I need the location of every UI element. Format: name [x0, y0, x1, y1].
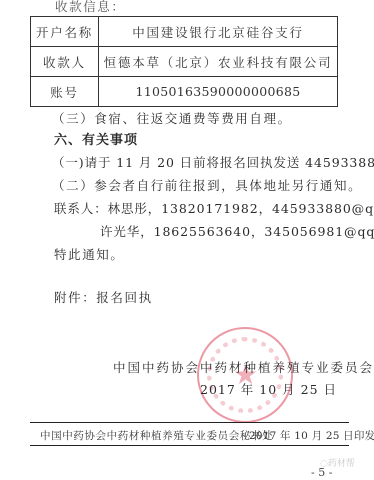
section-six-title: 六、有关事项: [54, 133, 138, 149]
signature-organization: 中国中药协会中药材种植养殖专业委员会: [113, 360, 374, 376]
payee-value: 恒德本草（北京）农业科技有限公司: [99, 47, 338, 77]
account-name-label: 开户名称: [31, 17, 99, 47]
section-six-item-2: （二）参会者自行前往报到，具体地址另行通知。: [52, 178, 362, 194]
page-number: - 5 -: [311, 466, 332, 479]
section-six-item-1: （一)请于 11 月 20 日前将报名回执发送 445933880@qq.com…: [52, 155, 374, 171]
item-three-text: （三）食宿、往返交通费等费用自理。: [52, 111, 292, 127]
table-row: 开户名称 中国建设银行北京硅谷支行: [31, 17, 338, 47]
account-name-value: 中国建设银行北京硅谷支行: [99, 17, 338, 47]
account-number-value: 11050163590000000685: [99, 77, 338, 107]
attachment-text: 附件：报名回执: [54, 290, 153, 306]
table-row: 账号 11050163590000000685: [31, 77, 338, 107]
contact-row-1: 联系人：林思彤，13820171982，445933880@qq.com;: [54, 201, 374, 217]
contact-1: 林思彤，13820171982，445933880@qq.com;: [108, 201, 374, 216]
footer-issuer: 中国中药协会中药材种植养殖专业委员会秘书处: [40, 428, 273, 443]
signature-date: 2017 年 10 月 25 日: [200, 382, 337, 398]
contact-2: 许光华，18625563640，345056981@qq.com;: [100, 224, 374, 240]
payment-info-heading: 收款信息：: [55, 0, 126, 15]
footer-issue-date: 2017 年 10 月 25 日印发: [249, 428, 374, 443]
payment-info-table: 开户名称 中国建设银行北京硅谷支行 收款人 恒德本草（北京）农业科技有限公司 账…: [30, 16, 338, 107]
account-number-label: 账号: [31, 77, 99, 107]
payee-label: 收款人: [31, 47, 99, 77]
closing-text: 特此通知。: [54, 247, 125, 263]
footer-top-rule: [30, 422, 349, 423]
table-row: 收款人 恒德本草（北京）农业科技有限公司: [31, 47, 338, 77]
contacts-label: 联系人：: [54, 201, 108, 216]
footer-bottom-rule: [30, 445, 349, 446]
